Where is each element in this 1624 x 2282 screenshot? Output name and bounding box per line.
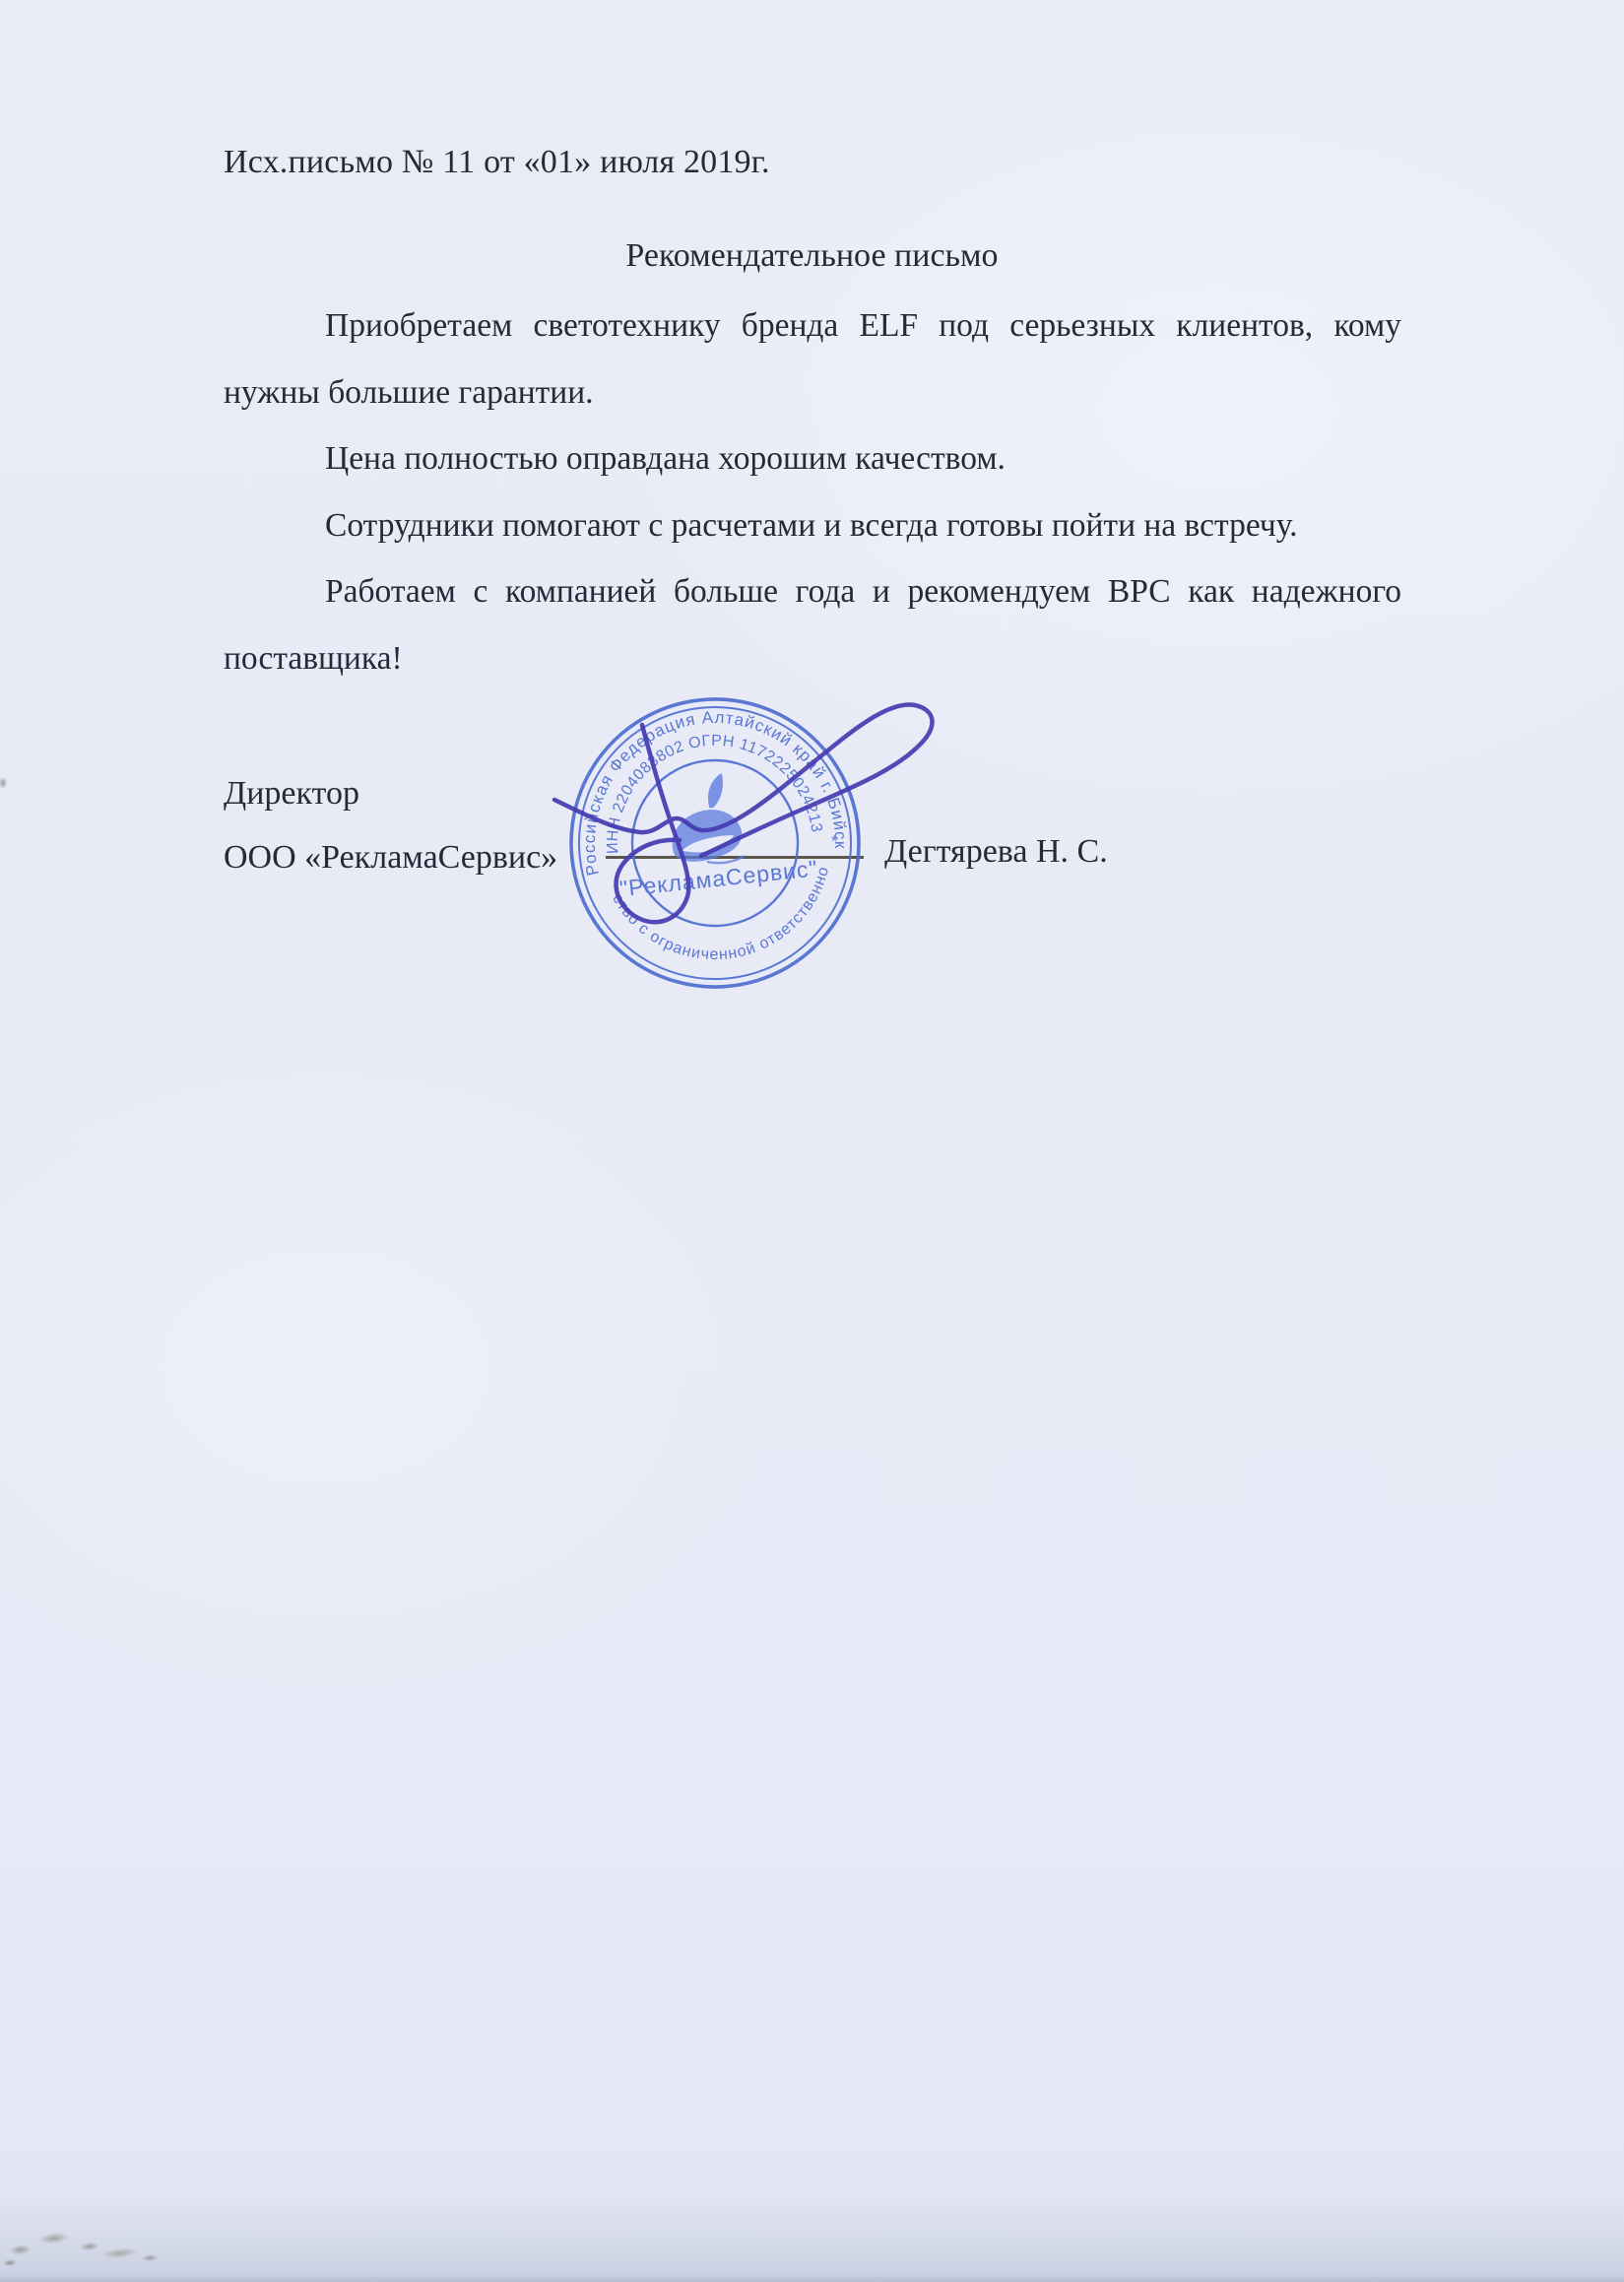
paragraph: Цена полностью оправдана хорошим качеств… [224,425,1401,492]
paragraph: Сотрудники помогают с расчетами и всегда… [224,492,1401,559]
letter-title: Рекомендательное письмо [0,237,1624,275]
signer-company: ООО «РекламаСервис» [224,839,557,877]
reference-line: Исх.письмо № 11 от «01» июля 2019г. [224,144,770,181]
letter-body: Приобретаем светотехнику бренда ELF под … [224,293,1401,691]
scan-speck [0,771,18,797]
signer-position: Директор [224,775,359,813]
scan-smudge [0,2194,200,2282]
paragraph: Приобретаем светотехнику бренда ELF под … [224,293,1401,425]
scanned-letter-page: Исх.письмо № 11 от «01» июля 2019г. Реко… [0,0,1624,2282]
handwritten-signature [532,670,965,955]
